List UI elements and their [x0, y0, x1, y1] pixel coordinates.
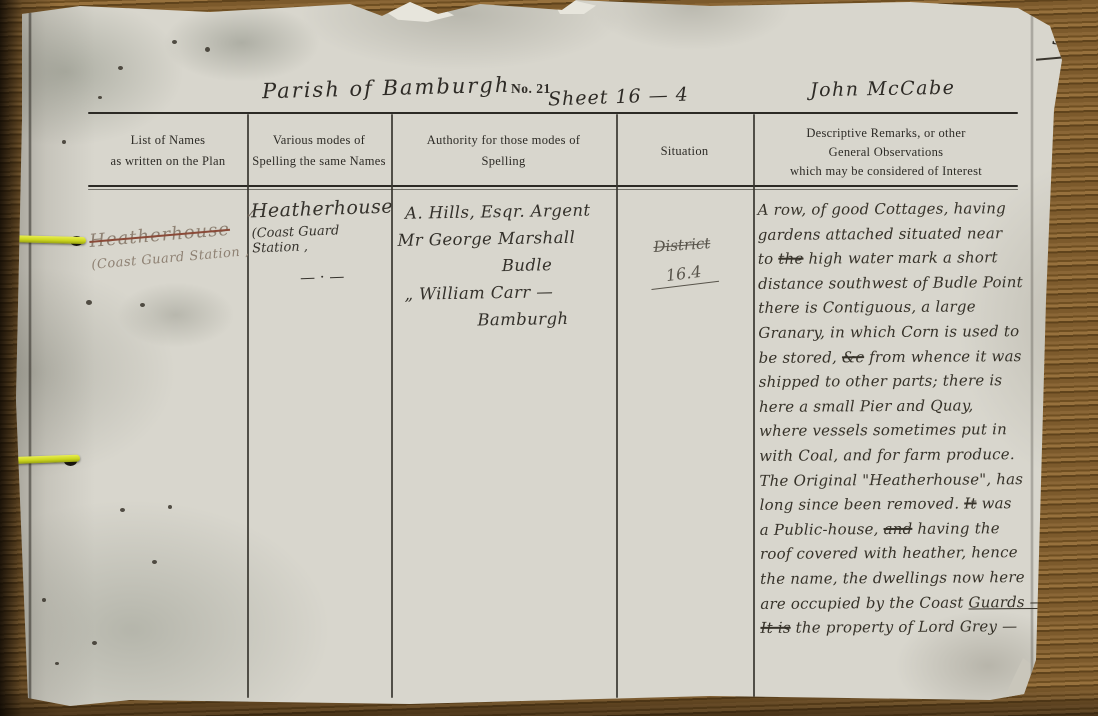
sheet-no-label: No. 21 — [511, 81, 551, 97]
authority-line: Mr George Marshall — [397, 223, 615, 254]
paper-speck — [172, 40, 177, 44]
col-header-line: Spelling — [395, 151, 612, 172]
col-header-line: Descriptive Remarks, or other — [757, 124, 1015, 143]
remarks-line: here a small Pier and Quay, — [759, 393, 1021, 419]
title-rule — [88, 112, 1018, 114]
remarks-line: be stored, &c from whence it was — [758, 344, 1020, 370]
ditto-dash: — · — — [253, 266, 392, 289]
entry-situation: District 16.4 — [618, 232, 747, 291]
binding-crease — [28, 0, 32, 716]
paper-speck — [98, 96, 102, 99]
entry-remarks: A row, of good Cottages, havinggardens a… — [757, 196, 1022, 641]
paper-speck — [42, 598, 46, 602]
spelling-sub: (Coast Guard Station , — [251, 222, 390, 257]
paper-speck — [205, 47, 210, 52]
remarks-line: the name, the dwellings now here — [760, 565, 1022, 591]
col-header-line: List of Names — [92, 130, 244, 151]
paper-speck — [120, 508, 125, 512]
paper-speck — [152, 560, 157, 564]
authority-line: A. Hills, Esqr. Argent — [405, 196, 615, 227]
col-header-situation: Situation — [620, 141, 749, 162]
remarks-line: are occupied by the Coast Guards — — [760, 590, 1022, 616]
surveyor-signature: John McCabe — [810, 77, 956, 102]
header-bottom-rule-2 — [88, 189, 1018, 190]
remarks-line: roof covered with heather, hence — [760, 540, 1022, 566]
paper-speck — [168, 505, 172, 509]
remarks-line: there is Contiguous, a large — [758, 294, 1020, 320]
remarks-line: long since been removed. It was — [760, 491, 1022, 517]
paper-speck — [55, 662, 59, 665]
col-header-authority: Authority for those modes of Spelling — [395, 130, 612, 172]
col-header-line: General Observations — [757, 143, 1015, 162]
paper-speck — [62, 140, 66, 144]
col-header-line: Various modes of — [251, 130, 387, 151]
col-header-line: as written on the Plan — [92, 151, 244, 172]
col-header-spelling: Various modes of Spelling the same Names — [251, 130, 387, 172]
col-header-line: Spelling the same Names — [251, 151, 387, 172]
column-divider — [247, 114, 249, 698]
remarks-line: shipped to other parts; there is — [759, 368, 1021, 394]
name-book-page-scan: Parish of Bamburgh No. 21 Sheet 16 — 4 J… — [0, 0, 1098, 716]
entry-spelling: Heatherhouse (Coast Guard Station , — · … — [251, 196, 392, 289]
situation-sheet-ref: 16.4 — [649, 260, 719, 290]
entry-name-on-plan: Heatherhouse ✓ (Coast Guard Station , — [88, 217, 251, 273]
column-divider — [753, 114, 755, 698]
authority-line: Budle — [438, 250, 616, 280]
spelling-name: Heatherhouse — [251, 196, 390, 223]
register-page-paper: Parish of Bamburgh No. 21 Sheet 16 — 4 J… — [0, 0, 1098, 716]
paper-speck — [140, 303, 145, 307]
remarks-line: Granary, in which Corn is used to — [758, 319, 1020, 345]
authority-line: Bamburgh — [429, 304, 617, 334]
col-header-line: which may be considered of Interest — [757, 162, 1015, 181]
entry-authorities: A. Hills, Esqr. ArgentMr George Marshall… — [397, 196, 617, 335]
remarks-line: a Public-house, and having the — [760, 516, 1022, 542]
remarks-line: distance southwest of Budle Point — [758, 270, 1020, 296]
paper-speck — [92, 641, 97, 645]
remarks-line: with Coal, and for farm produce. — [759, 442, 1021, 468]
authority-line: „ William Carr — — [404, 277, 616, 308]
parish-title: Parish of Bamburgh — [262, 73, 511, 103]
col-header-line: Situation — [620, 141, 749, 162]
col-header-names: List of Names as written on the Plan — [92, 130, 244, 172]
header-bottom-rule — [88, 185, 1018, 187]
remarks-line: where vessels sometimes put in — [759, 417, 1021, 443]
column-divider — [616, 114, 618, 698]
sheet-number: Sheet 16 — 4 — [548, 84, 689, 111]
paper-speck — [118, 66, 123, 70]
remarks-line: It is the property of Lord Grey — — [760, 614, 1022, 640]
col-header-line: Authority for those modes of — [395, 130, 612, 151]
remarks-line: to the high water mark a short — [758, 245, 1020, 271]
paper-speck — [86, 300, 92, 305]
remarks-line: gardens attached situated near — [758, 221, 1020, 247]
remarks-line: A row, of good Cottages, having — [757, 196, 1019, 222]
col-header-remarks: Descriptive Remarks, or other General Ob… — [757, 124, 1015, 181]
remarks-line: The Original "Heatherhouse", has — [759, 467, 1021, 493]
